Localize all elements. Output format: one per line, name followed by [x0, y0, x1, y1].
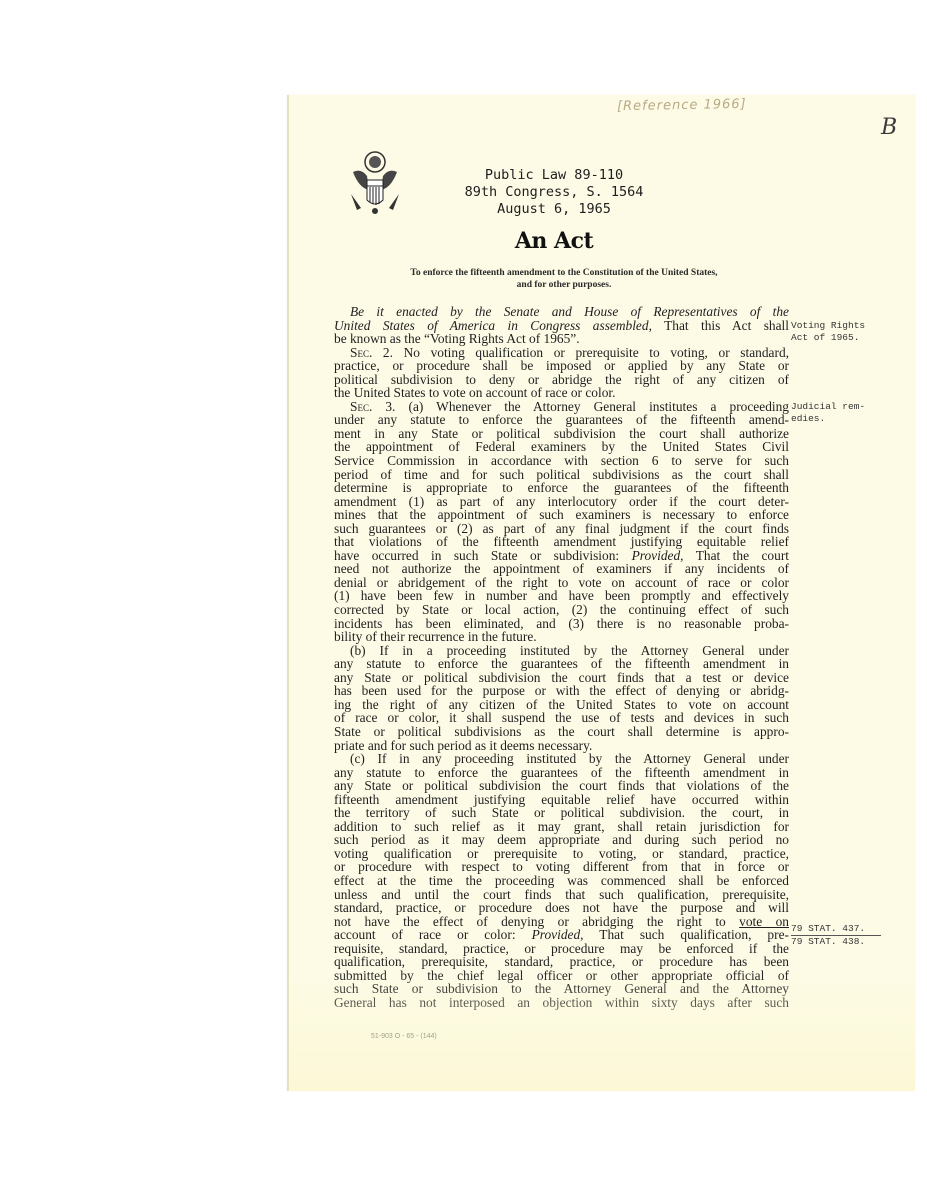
handwritten-exhibit-mark: B	[881, 115, 897, 140]
body-text-span: , That this Act shall	[649, 318, 789, 333]
body-line: the appointment of Federal examiners by …	[334, 440, 789, 454]
body-line: voting qualification or prerequisite to …	[334, 847, 789, 861]
body-line: have occurred in such State or subdivisi…	[334, 549, 789, 563]
body-line: unless and until the court finds that su…	[334, 888, 789, 902]
body-text-span: account of race or color:	[334, 927, 532, 942]
section-2-line: Sec. 2. No voting qualification or prere…	[334, 346, 789, 360]
great-seal-eagle-icon	[347, 150, 403, 216]
body-line: mines that the appointment of such exami…	[334, 508, 789, 522]
statute-437-note: 79 STAT. 437.	[791, 923, 881, 936]
body-line: that violations of the fifteenth amendme…	[334, 535, 789, 549]
margin-note-voting-rights: Voting Rights Act of 1965.	[791, 320, 881, 344]
body-line: priate and for such period as it deems n…	[334, 739, 789, 753]
act-title: An Act	[439, 228, 669, 254]
act-purpose: To enforce the fifteenth amendment to th…	[329, 267, 799, 291]
body-line: account of race or color: Provided, That…	[334, 928, 789, 942]
body-line: any statute to enforce the guarantees of…	[334, 766, 789, 780]
congress-bill: 89th Congress, S. 1564	[439, 184, 669, 201]
body-line: such guarantees or (2) as part of any fi…	[334, 522, 789, 536]
body-line: standard, practice, or procedure does no…	[334, 901, 789, 915]
handwritten-reference-note: [Reference 1966]	[617, 97, 747, 114]
body-line: not have the effect of denying or abridg…	[334, 915, 789, 929]
body-line: of race or color, it shall suspend the u…	[334, 711, 789, 725]
body-line: such period as it may deem appropriate a…	[334, 833, 789, 847]
purpose-line: To enforce the fifteenth amendment to th…	[329, 267, 799, 279]
body-line: bility of their recurrence in the future…	[334, 630, 789, 644]
body-text-span: , That such qualification, pre-	[580, 927, 789, 942]
body-line: political subdivision to deny or abridge…	[334, 373, 789, 387]
document-page: [Reference 1966] B Public Law 89-110 89t…	[287, 95, 915, 1091]
body-line: or procedure with respect to voting diff…	[334, 860, 789, 874]
margin-note-line: Voting Rights	[791, 320, 881, 332]
body-line: be known as the “Voting Rights Act of 19…	[334, 332, 789, 346]
body-line: incidents has been eliminated, and (3) t…	[334, 617, 789, 631]
body-line: has been used for the purpose or with th…	[334, 684, 789, 698]
subsection-b-line: (b) If in a proceeding instituted by the…	[334, 644, 789, 658]
body-line: (1) have been few in number and have bee…	[334, 589, 789, 603]
body-line: State or political subdivisions as the c…	[334, 725, 789, 739]
body-line: any State or political subdivision the c…	[334, 779, 789, 793]
body-line: need not authorize the appointment of ex…	[334, 562, 789, 576]
body-line: qualification, prerequisite, standard, p…	[334, 955, 789, 969]
body-line: period of time and for such political su…	[334, 468, 789, 482]
body-line: requisite, standard, practice, or proced…	[334, 942, 789, 956]
provided-italic: Provided	[532, 927, 581, 942]
body-line: ing the right of any citizen of the Unit…	[334, 698, 789, 712]
body-line: fifteenth amendment justifying equitable…	[334, 793, 789, 807]
subsection-c-line: (c) If in any proceeding instituted by t…	[334, 752, 789, 766]
body-line: amendment (1) as part of any interlocuto…	[334, 495, 789, 509]
body-line: practice, or procedure shall be imposed …	[334, 359, 789, 373]
public-law-number: Public Law 89-110	[439, 167, 669, 184]
enacting-clause-line: Be it enacted by the Senate and House of…	[334, 305, 789, 319]
body-line: under any statute to enforce the guarant…	[334, 413, 789, 427]
body-line: ment in any State or political subdivisi…	[334, 427, 789, 441]
margin-note-line: edies.	[791, 413, 881, 425]
body-line: Service Commission in accordance with se…	[334, 454, 789, 468]
body-line: any statute to enforce the guarantees of…	[334, 657, 789, 671]
act-body: Be it enacted by the Senate and House of…	[334, 305, 789, 1009]
purpose-line: and for other purposes.	[329, 279, 799, 291]
body-line: submitted by the chief legal officer or …	[334, 969, 789, 983]
body-line: corrected by State or local action, (2) …	[334, 603, 789, 617]
body-line: denial or abridgement of the right to vo…	[334, 576, 789, 590]
body-line: addition to such relief as it may grant,…	[334, 820, 789, 834]
margin-note-line: Act of 1965.	[791, 332, 881, 344]
body-line: effect at the time the proceeding was co…	[334, 874, 789, 888]
law-header: Public Law 89-110 89th Congress, S. 1564…	[439, 167, 669, 218]
body-line: United States of America in Congress ass…	[334, 319, 789, 333]
body-line: such State or subdivision to the Attorne…	[334, 982, 789, 996]
margin-note-judicial-remedies: Judicial rem- edies.	[791, 401, 881, 425]
enactment-date: August 6, 1965	[439, 201, 669, 218]
body-line: the territory of such State or political…	[334, 806, 789, 820]
body-line: any State or political subdivision the c…	[334, 671, 789, 685]
margin-note-statute-citations: 79 STAT. 437. 79 STAT. 438.	[791, 923, 881, 948]
margin-note-line: Judicial rem-	[791, 401, 881, 413]
print-job-code: 51-903 O - 65 - (144)	[371, 1033, 437, 1040]
statute-438-note: 79 STAT. 438.	[791, 936, 881, 948]
body-line: determine is appropriate to enforce the …	[334, 481, 789, 495]
body-line: the United States to vote on account of …	[334, 386, 789, 400]
body-line: General has not interposed an objection …	[334, 996, 789, 1010]
section-3-line: Sec. 3. (a) Whenever the Attorney Genera…	[334, 400, 789, 414]
